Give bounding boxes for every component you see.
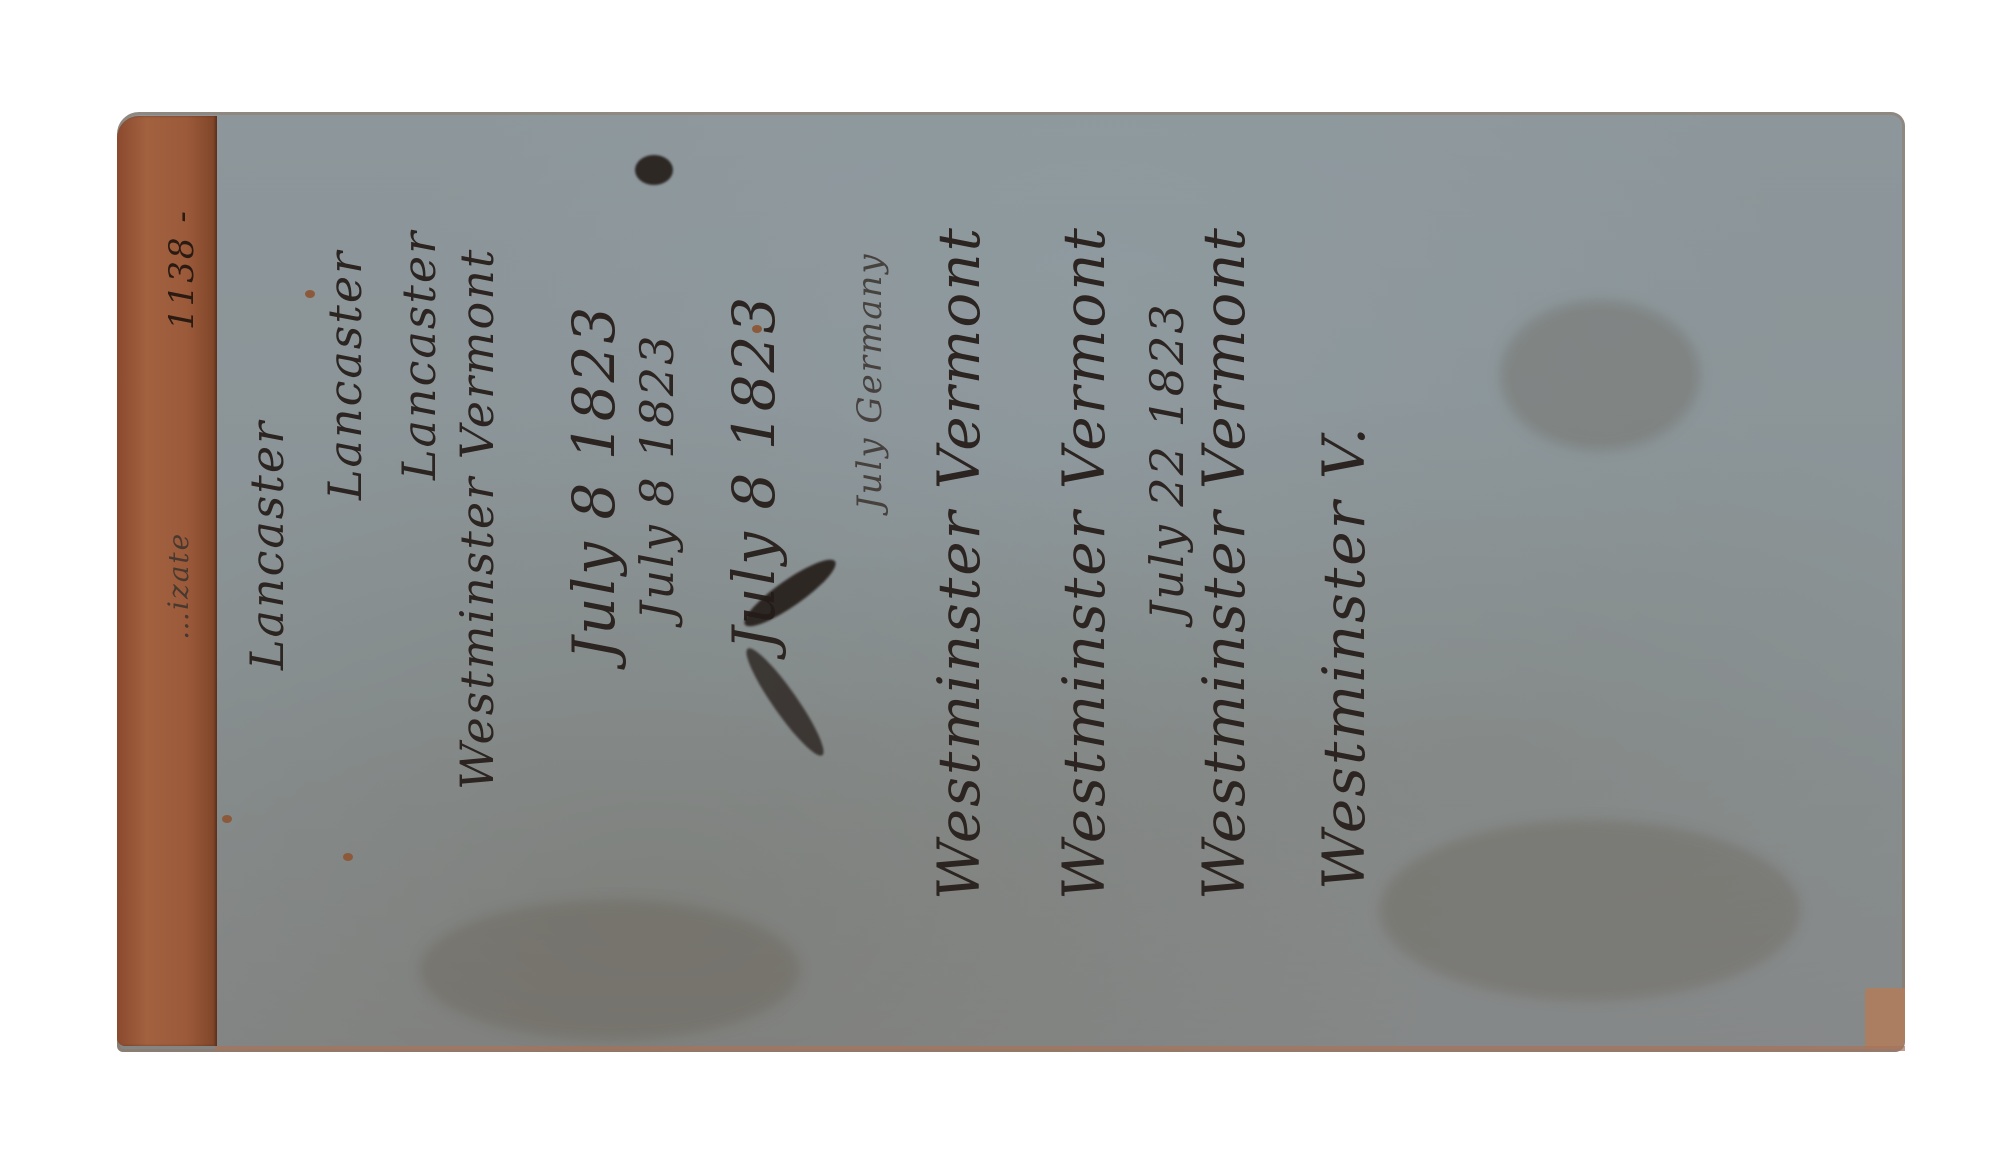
spine-faint-word: …izate bbox=[162, 532, 195, 640]
foxing-spot bbox=[305, 290, 315, 298]
inscription-date-1: July 8 1823 bbox=[560, 305, 628, 660]
foxing-spot bbox=[222, 815, 232, 823]
inscription-westminster-vermont-4: Westminster Vermont bbox=[1190, 226, 1258, 900]
water-stain bbox=[1500, 300, 1700, 450]
water-stain bbox=[420, 900, 800, 1040]
spine-number: 1138 - bbox=[162, 209, 202, 330]
inscription-westminster-vermont-1: Westminster Vermont bbox=[450, 248, 504, 790]
inscription-date-2: July 8 1823 bbox=[630, 334, 684, 620]
inscription-lancaster-3: Lancaster bbox=[392, 230, 446, 480]
inscription-westminster-vermont-3: Westminster Vermont bbox=[1050, 226, 1118, 900]
inscription-westminster-vermont-2: Westminster Vermont bbox=[925, 226, 993, 900]
inscription-lancaster-1: Lancaster bbox=[240, 420, 294, 670]
cover-bottom-edge bbox=[215, 1046, 1905, 1051]
inscription-july-germany: July Germany bbox=[850, 252, 890, 510]
inscription-westminster-v: Westminster V. bbox=[1310, 425, 1378, 890]
worn-corner bbox=[1865, 988, 1905, 1048]
ink-blot bbox=[635, 155, 673, 185]
inscription-lancaster-2: Lancaster bbox=[318, 250, 372, 500]
foxing-spot bbox=[343, 853, 353, 861]
water-stain bbox=[1380, 820, 1800, 1000]
inscription-date-4: July 22 1823 bbox=[1140, 302, 1194, 620]
